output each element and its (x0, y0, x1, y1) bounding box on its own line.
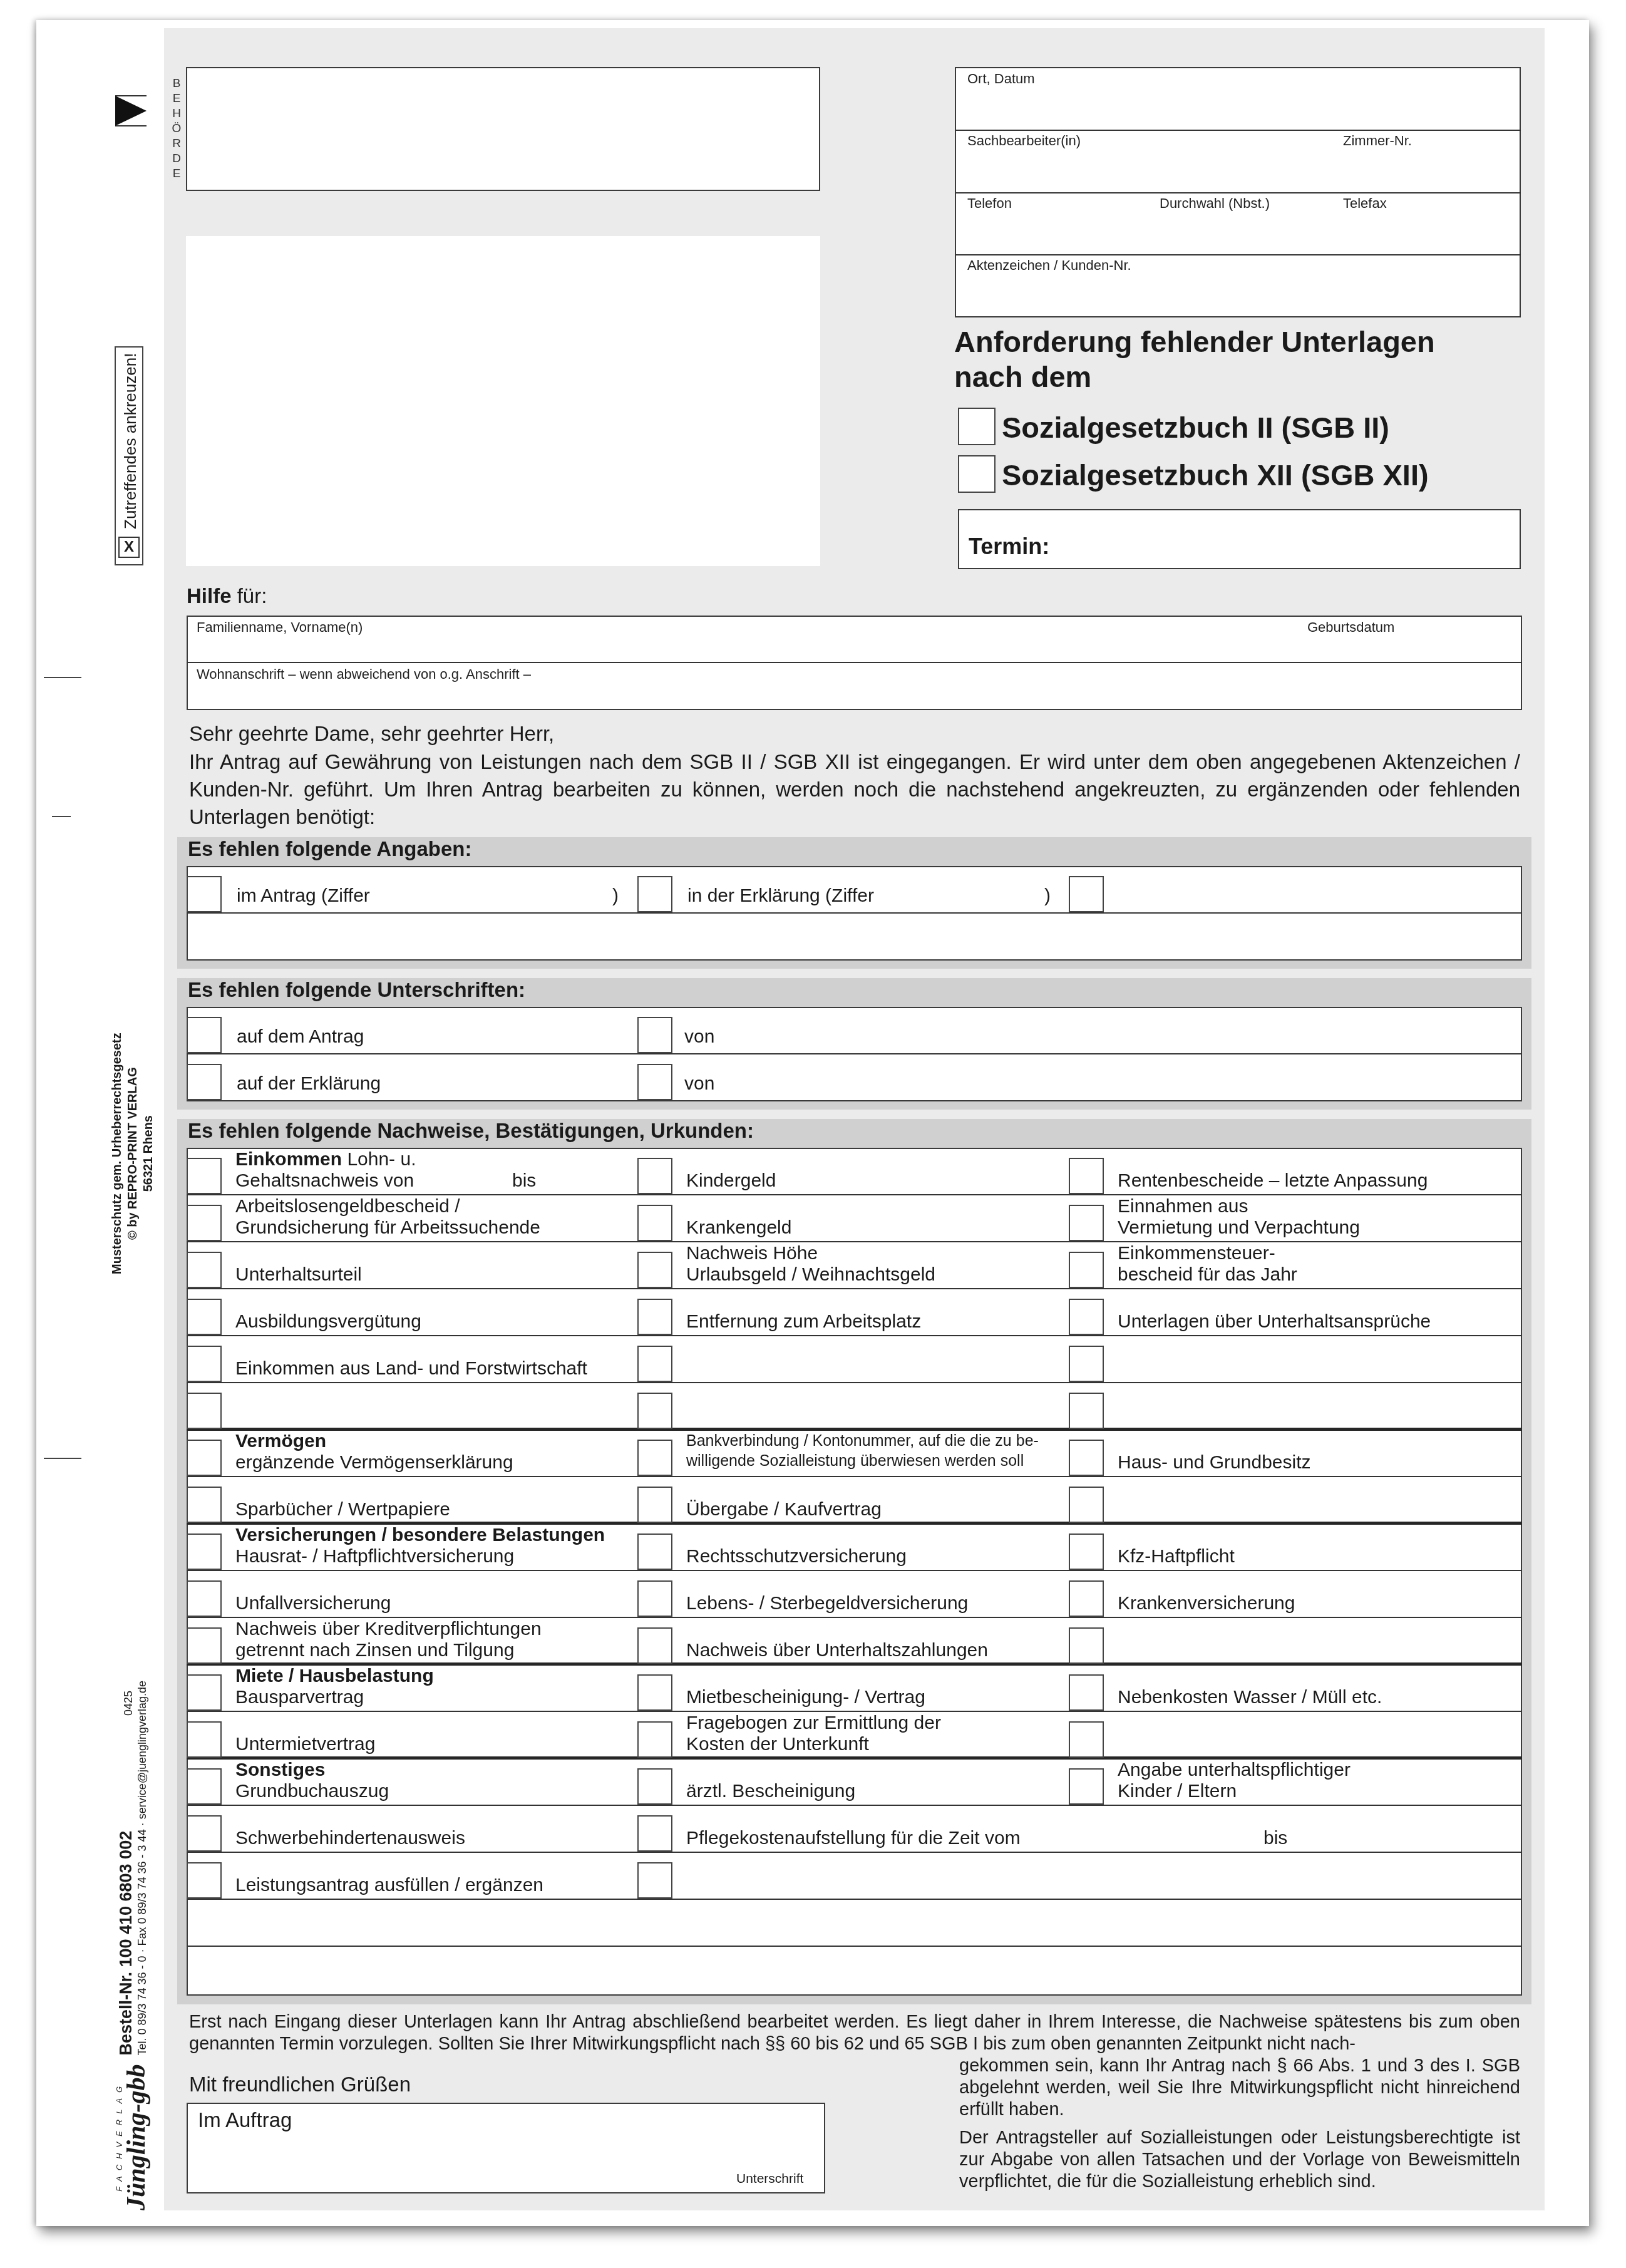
divider (187, 662, 1522, 663)
checkbox-nachweis[interactable] (637, 1627, 672, 1664)
option-sgb-ii-label: Sozialgesetzbuch II (SGB II) (1002, 410, 1389, 445)
nachweis-label: Einkommen Lohn- u.Gehaltsnachweis von (235, 1149, 416, 1192)
nachweis-label: Pflegekostenaufstellung für die Zeit vom (686, 1828, 1021, 1849)
authority-letter: Ö (170, 121, 183, 137)
field-telefon[interactable]: Telefon (967, 195, 1012, 212)
checkbox-nachweis[interactable] (637, 1205, 672, 1241)
checkbox-angaben-other[interactable] (1069, 876, 1104, 912)
authority-letter: E (170, 91, 183, 106)
row-divider (187, 1852, 1522, 1853)
checkbox-in-der-erklaerung[interactable] (637, 876, 672, 912)
greeting: Mit freundlichen Grüßen (189, 2073, 411, 2096)
authority-letter: R (170, 137, 183, 152)
row-divider (187, 1241, 1522, 1242)
row-divider (187, 1335, 1522, 1336)
publisher-block: FACHVERLAG Jüngling-gbb Bestell-Nr. 100 … (115, 1681, 149, 2210)
checkbox-nachweis[interactable] (637, 1580, 672, 1617)
checkbox-nachweis[interactable] (1069, 1768, 1104, 1805)
divider (955, 254, 1521, 255)
nachweis-label: Krankenversicherung (1118, 1593, 1295, 1614)
window-arrow-marker (115, 95, 147, 126)
nachweis-label: Nachweis über Unterhaltszahlungen (686, 1640, 988, 1661)
nachweis-label: Arbeitslosengeldbescheid /Grundsicherung… (235, 1196, 540, 1239)
nachweis-label: Bankverbindung / Kontonummer, auf die di… (686, 1431, 1039, 1471)
closing-notice: Erst nach Eingang dieser Unterlagen kann… (189, 2011, 1520, 2055)
nachweis-label: Versicherungen / besondere BelastungenHa… (235, 1525, 605, 1567)
nachweis-label: Einkommen aus Land- und Forstwirtschaft (235, 1358, 587, 1379)
nachweis-label: Angabe unterhaltspflichtigerKinder / Elt… (1118, 1760, 1351, 1802)
nachweis-label: Einnahmen ausVermietung und Verpachtung (1118, 1196, 1360, 1239)
checkbox-nachweis[interactable] (187, 1252, 222, 1288)
item-unterschrift-erklaerung-von: von (684, 1073, 714, 1095)
nachweis-label: Rechtsschutzversicherung (686, 1546, 907, 1567)
checkbox-nachweis[interactable] (637, 1252, 672, 1288)
signature-label: Unterschrift (736, 2172, 803, 2187)
checkbox-nachweis[interactable] (1069, 1580, 1104, 1617)
nachweis-label: Nebenkosten Wasser / Müll etc. (1118, 1687, 1382, 1708)
field-geburtsdatum[interactable]: Geburtsdatum (1307, 619, 1394, 636)
nachweis-label: Haus- und Grundbesitz (1118, 1452, 1311, 1473)
fold-mark-bottom (44, 1458, 81, 1459)
applicant-heading: Hilfe für: (187, 584, 267, 608)
item-unterschrift-antrag-von: von (684, 1026, 714, 1048)
field-sachbearbeiter[interactable]: Sachbearbeiter(in) (967, 133, 1081, 149)
checkbox-nachweis[interactable] (637, 1158, 672, 1194)
checkbox-nachweis[interactable] (187, 1440, 222, 1476)
checkbox-nachweis[interactable] (1069, 1627, 1104, 1664)
row-divider (187, 1194, 1522, 1195)
field-wohnanschrift[interactable]: Wohnanschrift – wenn abweichend von o.g.… (197, 666, 531, 683)
divider (955, 130, 1521, 131)
fold-mark-middle (52, 816, 71, 817)
nachweis-label: Lebens- / Sterbegeldversicherung (686, 1593, 968, 1614)
im-auftrag-label: Im Auftrag (198, 2108, 292, 2132)
checkbox-nachweis[interactable] (1069, 1346, 1104, 1382)
item-unterschrift-antrag: auf dem Antrag (237, 1026, 364, 1048)
checkbox-nachweis[interactable] (637, 1862, 672, 1899)
field-telefax[interactable]: Telefax (1343, 195, 1387, 212)
instruction-label: Zutreffendes ankreuzen! (121, 353, 140, 529)
recipient-address-window[interactable] (186, 236, 820, 566)
salutation: Sehr geehrte Dame, sehr geehrter Herr, (189, 720, 554, 748)
authority-letter: H (170, 106, 183, 121)
field-durchwahl[interactable]: Durchwahl (Nbst.) (1160, 195, 1270, 212)
authority-letter: E (170, 167, 183, 182)
checkbox-nachweis[interactable] (187, 1815, 222, 1852)
nachweis-label: Nachweis über Kreditverpflichtungengetre… (235, 1619, 542, 1661)
row-divider (187, 1570, 1522, 1571)
item-im-antrag-close: ) (612, 885, 619, 907)
nachweis-label: Rentenbescheide – letzte Anpassung (1118, 1170, 1428, 1192)
checkbox-sgb-ii[interactable] (958, 408, 996, 445)
item-in-der-erklaerung-close: ) (1044, 885, 1051, 907)
nachweis-label: Nachweis HöheUrlaubsgeld / Weihnachtsgel… (686, 1243, 935, 1286)
row-divider (187, 1288, 1522, 1289)
row-divider (187, 1382, 1522, 1383)
nachweis-suffix: bis (1263, 1828, 1287, 1849)
closing-notice-continued: gekommen sein, kann Ihr Antrag nach § 66… (959, 2055, 1520, 2121)
nachweis-label: Unterlagen über Unterhaltsansprüche (1118, 1311, 1431, 1332)
section-angaben-title: Es fehlen folgende Angaben: (188, 837, 471, 861)
form-title: Anforderung fehlender Unterlagen nach de… (954, 324, 1435, 394)
nachweis-label: Untermietvertrag (235, 1734, 375, 1755)
nachweis-label: Unfallversicherung (235, 1593, 391, 1614)
checkbox-nachweis[interactable] (637, 1674, 672, 1711)
checkbox-nachweis[interactable] (187, 1487, 222, 1523)
row-divider (187, 1899, 1522, 1900)
checkbox-nachweis[interactable] (1069, 1158, 1104, 1194)
checkbox-nachweis[interactable] (637, 1440, 672, 1476)
checkbox-nachweis[interactable] (187, 1205, 222, 1241)
item-in-der-erklaerung: in der Erklärung (Ziffer (687, 885, 874, 907)
section-unterschriften-title: Es fehlen folgende Unterschriften: (188, 978, 525, 1002)
checkbox-nachweis[interactable] (637, 1768, 672, 1805)
termin-label: Termin: (969, 533, 1049, 560)
row-divider (187, 1805, 1522, 1806)
order-number: Bestell-Nr. 100 410 6803 002 (116, 1681, 135, 2056)
instruction-badge: X Zutreffendes ankreuzen! (115, 346, 143, 565)
field-zimmer[interactable]: Zimmer-Nr. (1343, 133, 1412, 149)
nachweis-label: Vermögenergänzende Vermögenserklärung (235, 1431, 513, 1473)
field-aktenzeichen[interactable]: Aktenzeichen / Kunden-Nr. (967, 257, 1131, 274)
nachweis-label: Mietbescheinigung- / Vertrag (686, 1687, 925, 1708)
nachweis-label: Kindergeld (686, 1170, 776, 1192)
authority-letter: D (170, 152, 183, 167)
checkbox-nachweis[interactable] (187, 1674, 222, 1711)
copyright-notice: Musterschutz gem. Urheberrechtsgesetz © … (110, 1033, 157, 1274)
checkbox-nachweis[interactable] (187, 1158, 222, 1194)
checkbox-nachweis[interactable] (187, 1627, 222, 1664)
publisher-logo: Jüngling-gbb (124, 2064, 149, 2210)
checkbox-nachweis[interactable] (637, 1487, 672, 1523)
row-divider (187, 1711, 1522, 1712)
checkbox-nachweis[interactable] (187, 1721, 222, 1758)
checkbox-nachweis[interactable] (1069, 1674, 1104, 1711)
fold-mark-top (44, 677, 81, 678)
nachweis-label: Sparbücher / Wertpapiere (235, 1499, 450, 1520)
checkbox-nachweis[interactable] (187, 1862, 222, 1899)
intro-paragraph: Ihr Antrag auf Gewährung von Leistungen … (189, 748, 1520, 831)
item-im-antrag: im Antrag (Ziffer (237, 885, 370, 907)
checkbox-nachweis[interactable] (637, 1721, 672, 1758)
checkbox-unterschrift-erklaerung-von[interactable] (637, 1064, 672, 1100)
checkbox-nachweis[interactable] (187, 1393, 222, 1429)
duty-notice: Der Antragsteller auf Sozialleistungen o… (959, 2127, 1520, 2193)
checkbox-nachweis[interactable] (1069, 1205, 1104, 1241)
row-divider (187, 1617, 1522, 1618)
nachweis-label: Entfernung zum Arbeitsplatz (686, 1311, 921, 1332)
field-familienname[interactable]: Familienname, Vorname(n) (197, 619, 363, 636)
authority-address-box[interactable] (186, 67, 820, 191)
section-nachweise-title: Es fehlen folgende Nachweise, Bestätigun… (188, 1119, 754, 1143)
checkbox-nachweis[interactable] (1069, 1299, 1104, 1335)
divider (187, 912, 1522, 914)
checkbox-nachweis[interactable] (187, 1533, 222, 1570)
checkbox-unterschrift-antrag[interactable] (187, 1017, 222, 1053)
checkbox-nachweis[interactable] (1069, 1393, 1104, 1429)
checkbox-nachweis[interactable] (187, 1768, 222, 1805)
nachweis-suffix: bis (512, 1170, 536, 1192)
nachweis-label: Einkommensteuer-bescheid für das Jahr (1118, 1243, 1297, 1286)
nachweis-label: Fragebogen zur Ermittlung derKosten der … (686, 1713, 941, 1755)
nachweis-label: Unterhaltsurteil (235, 1264, 362, 1286)
nachweis-label: Krankengeld (686, 1217, 791, 1239)
checkbox-nachweis[interactable] (187, 1346, 222, 1382)
authority-letter: B (170, 76, 183, 91)
checkbox-nachweis[interactable] (637, 1533, 672, 1570)
nachweis-label: ärztl. Bescheinigung (686, 1781, 855, 1802)
checkbox-nachweis[interactable] (187, 1580, 222, 1617)
authority-vertical-label: BEHÖRDE (170, 76, 183, 182)
nachweis-label: Leistungsantrag ausfüllen / ergänzen (235, 1875, 543, 1896)
nachweis-label: Miete / HausbelastungBausparvertrag (235, 1666, 434, 1708)
field-ort-datum[interactable]: Ort, Datum (967, 71, 1035, 87)
checkbox-unterschrift-erklaerung[interactable] (187, 1064, 222, 1100)
divider (187, 1053, 1522, 1054)
checkbox-sgb-xii[interactable] (958, 455, 996, 493)
nachweis-label: Kfz-Haftpflicht (1118, 1546, 1235, 1567)
contact-line: Tel. 0 89/3 74 36 - 0 · Fax 0 89/3 74 36… (135, 1681, 149, 2056)
divider (955, 192, 1521, 193)
nachweis-label: Ausbildungsvergütung (235, 1311, 421, 1332)
checkbox-nachweis[interactable] (1069, 1721, 1104, 1758)
checkbox-im-antrag[interactable] (187, 876, 222, 912)
nachweis-label: Schwerbehindertenausweis (235, 1828, 465, 1849)
nachweis-label: SonstigesGrundbuchauszug (235, 1760, 389, 1802)
checkbox-nachweis[interactable] (637, 1346, 672, 1382)
checkbox-nachweis[interactable] (637, 1393, 672, 1429)
checkbox-nachweis[interactable] (187, 1299, 222, 1335)
checkbox-unterschrift-antrag-von[interactable] (637, 1017, 672, 1053)
checkbox-nachweis[interactable] (637, 1299, 672, 1335)
checkbox-nachweis[interactable] (1069, 1533, 1104, 1570)
checkbox-example-icon: X (118, 537, 140, 558)
row-divider (187, 1476, 1522, 1477)
row-divider (187, 1946, 1522, 1947)
checkbox-nachweis[interactable] (1069, 1252, 1104, 1288)
nachweis-label: Übergabe / Kaufvertrag (686, 1499, 882, 1520)
checkbox-nachweis[interactable] (637, 1815, 672, 1852)
option-sgb-xii-label: Sozialgesetzbuch XII (SGB XII) (1002, 458, 1429, 492)
item-unterschrift-erklaerung: auf der Erklärung (237, 1073, 381, 1095)
checkbox-nachweis[interactable] (1069, 1440, 1104, 1476)
checkbox-nachweis[interactable] (1069, 1487, 1104, 1523)
